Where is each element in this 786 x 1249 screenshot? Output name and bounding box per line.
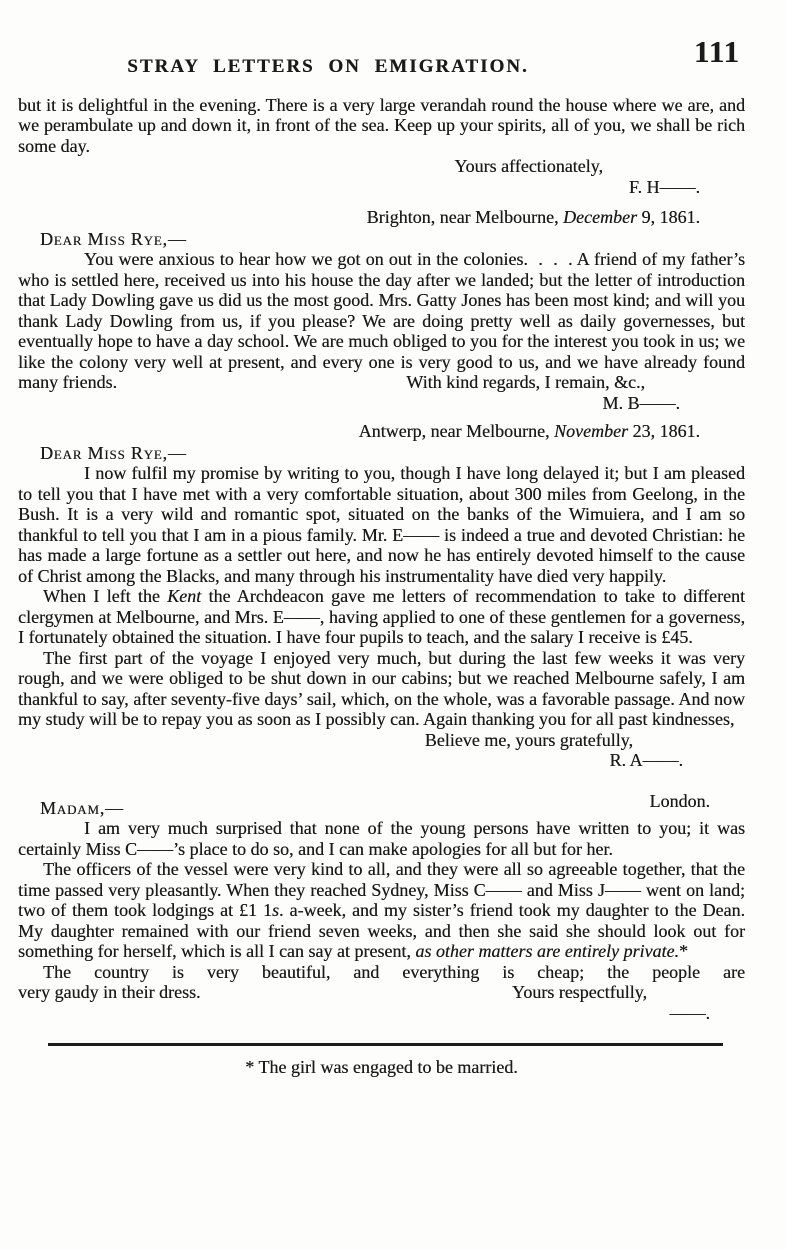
footnote-divider [48, 1043, 723, 1046]
letter-3-dateline: Antwerp, near Melbourne, November 23, 18… [18, 421, 745, 442]
dateline-place: Brighton, near Melbourne, [367, 207, 563, 227]
letter-4-paragraph-3: The country is very beautiful, and every… [18, 962, 745, 983]
paragraph-text: When I left the [43, 586, 167, 606]
letter-4-anon: Madam,— London. I am very much surprised… [18, 797, 745, 1024]
letter-2-closing-line: many friends. With kind regards, I remai… [18, 372, 745, 393]
letter-3-paragraph-1: I now fulfil my promise by writing to yo… [18, 463, 745, 586]
letter-4-paragraph-1: I am very much surprised that none of th… [18, 818, 745, 859]
page-number: 111 [694, 42, 740, 63]
dateline-date: 23, 1861. [628, 421, 700, 441]
letter-1-valediction: Yours affectionately, [18, 156, 745, 177]
letter-3-ra: Antwerp, near Melbourne, November 23, 18… [18, 421, 745, 771]
letter-4-salutation: Madam,— [18, 798, 124, 819]
letter-4-salutation-row: Madam,— London. [18, 797, 745, 819]
letter-4-signature: ——. [18, 1003, 745, 1024]
letter-4-paragraph-2: The officers of the vessel were very kin… [18, 859, 745, 962]
dateline-place: Antwerp, near Melbourne, [359, 421, 554, 441]
letter-4-body-last-line: very gaudy in their dress. [18, 982, 200, 1003]
page-body: but it is delightful in the evening. The… [0, 78, 786, 1078]
letter-4-closing-line: very gaudy in their dress. Yours respect… [18, 982, 745, 1003]
letter-3-salutation: Dear Miss Rye,— [18, 443, 745, 464]
private-matters-italic: as other matters are entirely private. [415, 941, 679, 961]
letter-2-closing: With kind regards, I remain, &c., [406, 372, 645, 393]
letter-3-valediction: Believe me, yours gratefully, [18, 730, 745, 751]
running-title: STRAY LETTERS ON EMIGRATION. [0, 57, 656, 78]
dateline-month-italic: December [563, 207, 637, 227]
letter-1-fh: but it is delightful in the evening. The… [18, 95, 745, 198]
footnote-text: * The girl was engaged to be married. [18, 1057, 745, 1078]
letter-2-salutation: Dear Miss Rye,— [18, 229, 745, 250]
shilling-italic: s [272, 900, 279, 920]
dateline-month-italic: November [554, 421, 628, 441]
letter-2-signature: M. B——. [18, 393, 745, 414]
footnote-marker: * [679, 941, 688, 961]
letter-1-signature: F. H——. [18, 177, 745, 198]
letter-2-body-last-line: many friends. [18, 372, 117, 393]
ship-name-italic: Kent [167, 586, 201, 606]
letter-2-mb: Brighton, near Melbourne, December 9, 18… [18, 207, 745, 413]
letter-3-paragraph-3: The first part of the voyage I enjoyed v… [18, 648, 745, 730]
letter-3-paragraph-2: When I left the Kent the Archdeacon gave… [18, 586, 745, 648]
letter-4-closing: Yours respectfully, [512, 982, 647, 1003]
document-page: STRAY LETTERS ON EMIGRATION. 111 but it … [0, 0, 786, 1249]
letter-4-place: London. [650, 791, 711, 812]
letter-3-signature: R. A——. [18, 750, 745, 771]
page-header: STRAY LETTERS ON EMIGRATION. 111 [0, 0, 786, 78]
letter-1-body: but it is delightful in the evening. The… [18, 95, 745, 157]
letter-2-dateline: Brighton, near Melbourne, December 9, 18… [18, 207, 745, 228]
letter-2-body: You were anxious to hear how we got on o… [18, 249, 745, 372]
dateline-date: 9, 1861. [637, 207, 700, 227]
